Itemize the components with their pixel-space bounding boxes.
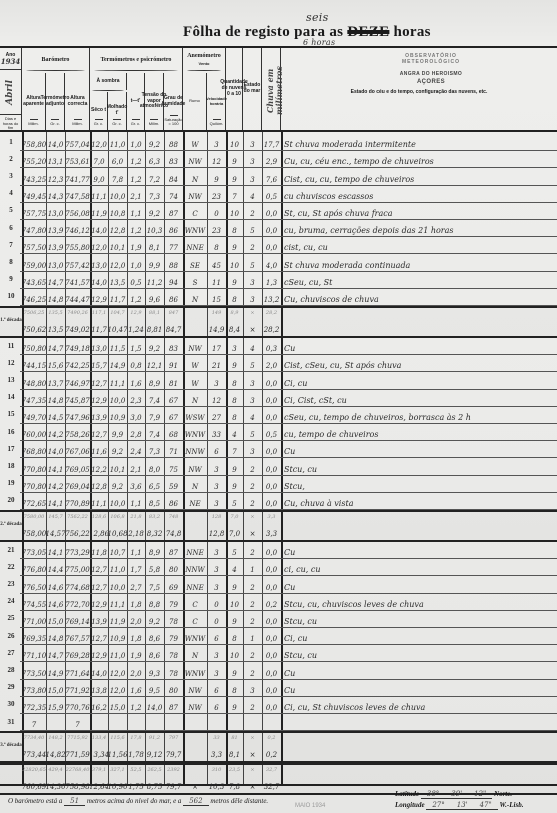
cell-rumo: NW bbox=[183, 458, 207, 475]
cell-dif: 1,7552,5 bbox=[127, 765, 145, 793]
cell-mar: 2 bbox=[243, 611, 262, 628]
cell-chuva: 0,0 bbox=[262, 372, 281, 389]
cell-hum: 79,7797 bbox=[164, 733, 183, 761]
cell-chuva: 2,9 bbox=[262, 151, 281, 168]
cell-obs bbox=[281, 733, 557, 761]
cell-tens: 8,3283,2 bbox=[145, 512, 164, 540]
cell-hum: 91 bbox=[164, 355, 183, 372]
cell-term: 13,5135,5 bbox=[46, 308, 65, 336]
cell-obs: Ci, Cist, cSt, cu bbox=[281, 390, 557, 407]
cell-seco: 7,0 bbox=[90, 151, 108, 168]
cell-molh: 10,1 bbox=[108, 237, 127, 254]
cell-seco: 12,8 bbox=[90, 476, 108, 493]
cell-vel: 17 bbox=[207, 338, 226, 355]
cell-term: 13,0 bbox=[46, 203, 65, 220]
cell-hum: 77 bbox=[164, 237, 183, 254]
cell-mar: 5 bbox=[243, 424, 262, 441]
cell-obs: Ci, cu bbox=[281, 372, 557, 389]
cell-hum: 84,7847 bbox=[164, 308, 183, 336]
cell-alt: 760,6922820,65 bbox=[22, 765, 46, 793]
thermometer-title: Termómetros e psicrómetro bbox=[90, 54, 182, 66]
cell-rumo: C bbox=[183, 594, 207, 611]
decade-sum: 23,5 bbox=[226, 767, 243, 773]
cell-alt: 772,65 bbox=[22, 493, 46, 510]
cell-term: 14,30429,4 bbox=[46, 765, 65, 793]
cell-term: 15,6 bbox=[46, 355, 65, 372]
decade-sum: 33 bbox=[207, 735, 226, 741]
cell-chuva: 3,33,3 bbox=[262, 512, 281, 540]
cell-corr: 747,96 bbox=[65, 407, 90, 424]
decade-sum: 8,9 bbox=[226, 310, 243, 316]
cell-molh: 12,0 bbox=[108, 662, 127, 679]
cell-seco: 12,7 bbox=[90, 424, 108, 441]
table-row: 16760,0014,2758,2612,79,92,87,468WNW3345… bbox=[0, 424, 557, 441]
cell-rumo: WNW bbox=[183, 628, 207, 645]
cell-hum: 79 bbox=[164, 594, 183, 611]
day-number: 11 bbox=[0, 338, 22, 355]
cell-term: 14,7 bbox=[46, 272, 65, 289]
cell-obs bbox=[281, 308, 557, 336]
cell-vel: 3 bbox=[207, 662, 226, 679]
cell-rumo: WNW bbox=[183, 424, 207, 441]
table-row: 22776,8014,4775,0012,711,01,75,880NNW341… bbox=[0, 559, 557, 576]
cell-alt: 774,55 bbox=[22, 594, 46, 611]
cell-mar: 3 bbox=[243, 390, 262, 407]
cell-alt: 770,80 bbox=[22, 458, 46, 475]
cell-tens: 7,2 bbox=[145, 168, 164, 185]
cell-nuv: 8 bbox=[226, 289, 243, 306]
observatory-stamp: OBSERVATÓRIO METEOROLÓGICO ANGRA DO HERO… bbox=[376, 54, 486, 86]
table-row: 10746,2514,8744,4712,911,71,29,686N15831… bbox=[0, 289, 557, 306]
cell-molh: 11,9 bbox=[108, 611, 127, 628]
cell-rumo: NW bbox=[183, 186, 207, 203]
cell-vel: 27 bbox=[207, 407, 226, 424]
cell-chuva: 17,7 bbox=[262, 134, 281, 151]
cell-molh: 11,0 bbox=[108, 559, 127, 576]
cell-seco: 13,9 bbox=[90, 407, 108, 424]
cell-hum: 68 bbox=[164, 424, 183, 441]
cell-chuva: 0,0 bbox=[262, 576, 281, 593]
cell-chuva: 0,5 bbox=[262, 186, 281, 203]
cell-molh: 10,1 bbox=[108, 458, 127, 475]
cell-dif: 1,9 bbox=[127, 237, 145, 254]
cell-molh: 12,8 bbox=[108, 220, 127, 237]
cell-molh: 12,0 bbox=[108, 254, 127, 271]
cell-hum: 79 bbox=[164, 628, 183, 645]
cell-nuv: 8,48,9 bbox=[226, 308, 243, 336]
decade-sum: 145,7 bbox=[46, 514, 65, 520]
decade-sum: 22768,40 bbox=[65, 767, 90, 773]
cell-vel: 8 bbox=[207, 237, 226, 254]
decade-sum: 91,2 bbox=[145, 735, 164, 741]
cell-rumo: C bbox=[183, 611, 207, 628]
cell-chuva: 0,0 bbox=[262, 390, 281, 407]
cell-tens: 7,9 bbox=[145, 407, 164, 424]
cell-nuv: 9 bbox=[226, 355, 243, 372]
cell-vel: 12,8128 bbox=[207, 512, 226, 540]
cell-chuva: 0,0 bbox=[262, 458, 281, 475]
cell-chuva: 2,0 bbox=[262, 355, 281, 372]
cell-term: 13,0 bbox=[46, 254, 65, 271]
cell-vel: 14,9149 bbox=[207, 308, 226, 336]
cell-molh: 11,7 bbox=[108, 289, 127, 306]
day-number: 31 bbox=[0, 714, 22, 731]
decade-sum: 797 bbox=[164, 735, 183, 741]
cell-mar: 5 bbox=[243, 355, 262, 372]
cell-hum: 75 bbox=[164, 458, 183, 475]
cell-rumo: × bbox=[183, 765, 207, 793]
decade-sum: 17,8 bbox=[127, 735, 145, 741]
cell-dif: 2,8 bbox=[127, 424, 145, 441]
decade-sum: 7734,40 bbox=[22, 735, 46, 741]
decade-sum: 7490,26 bbox=[65, 310, 90, 316]
cell-vel: 33 bbox=[207, 424, 226, 441]
day-number: 3 bbox=[0, 168, 22, 185]
cell-mar: ×× bbox=[243, 733, 262, 761]
cell-chuva: 0,0 bbox=[262, 542, 281, 559]
year-value: 1934 bbox=[1, 58, 20, 66]
cell-obs: Cu bbox=[281, 441, 557, 458]
table-row: 25771,0015,0769,1413,911,92,09,278C0920,… bbox=[0, 611, 557, 628]
cell-nuv: 3 bbox=[226, 338, 243, 355]
cell-nuv: 9 bbox=[226, 151, 243, 168]
cell-corr: 758,26 bbox=[65, 424, 90, 441]
cell-vel: 3 bbox=[207, 542, 226, 559]
cell-obs: St, cu, St após chuva fraca bbox=[281, 203, 557, 220]
cell-corr: 747,58 bbox=[65, 186, 90, 203]
cell-nuv: 9 bbox=[226, 237, 243, 254]
cell-obs: cu chuviscos escassos bbox=[281, 186, 557, 203]
cell-corr: 773,29 bbox=[65, 542, 90, 559]
cell-molh: 11,0 bbox=[108, 645, 127, 662]
day-number: 30 bbox=[0, 697, 22, 714]
cell-seco: 12,0 bbox=[90, 237, 108, 254]
cell-seco: 14,0 bbox=[90, 220, 108, 237]
cell-vel: 3 bbox=[207, 134, 226, 151]
cell-vel: 3 bbox=[207, 372, 226, 389]
cell-dif: 3,0 bbox=[127, 407, 145, 424]
cell-alt: 773,447734,40 bbox=[22, 733, 46, 761]
day-number: 29 bbox=[0, 680, 22, 697]
cell-mar: 2 bbox=[243, 458, 262, 475]
cell-nuv: 10 bbox=[226, 134, 243, 151]
cell-mar: 4 bbox=[243, 186, 262, 203]
cell-molh: 6,0 bbox=[108, 151, 127, 168]
cell-term: 15,0 bbox=[46, 611, 65, 628]
cell-hum: 81 bbox=[164, 372, 183, 389]
cell-term: 14,6 bbox=[46, 576, 65, 593]
cell-term: 14,0 bbox=[46, 441, 65, 458]
cell-obs: Cu, chuva à vista bbox=[281, 493, 557, 510]
cell-dif: 0,5 bbox=[127, 272, 145, 289]
cell-term: 13,9 bbox=[46, 237, 65, 254]
cell-vel: 11 bbox=[207, 272, 226, 289]
cell-molh: 11,5 bbox=[108, 338, 127, 355]
decade-sum: 2392 bbox=[164, 767, 183, 773]
cell-mar: ×× bbox=[243, 308, 262, 336]
cell-alt: 744,15 bbox=[22, 355, 46, 372]
decade-sum: 7580,00 bbox=[22, 514, 46, 520]
cell-molh: 10,68106,8 bbox=[108, 512, 127, 540]
cell-hum: 78 bbox=[164, 662, 183, 679]
cell-molh: 9,9 bbox=[108, 424, 127, 441]
cell-chuva: 0,0 bbox=[262, 237, 281, 254]
cell-vel: 3 bbox=[207, 493, 226, 510]
cell-term: 13,7 bbox=[46, 372, 65, 389]
cell-tens: 9,2 bbox=[145, 338, 164, 355]
cell-corr: 741,57 bbox=[65, 272, 90, 289]
decade-summary-row: 2.ª década758,007580,0014,57145,7756,227… bbox=[0, 510, 557, 542]
cell-chuva: 0,0 bbox=[262, 441, 281, 458]
cell-mar: 3 bbox=[243, 151, 262, 168]
cell-nuv: 5 bbox=[226, 542, 243, 559]
cell-vel: 21 bbox=[207, 355, 226, 372]
cell-hum: 94 bbox=[164, 272, 183, 289]
cell-vel: 0 bbox=[207, 611, 226, 628]
title-suffix: horas bbox=[393, 24, 430, 40]
cell-dif: 2,3 bbox=[127, 390, 145, 407]
header-chuva: Chuva em milímetros bbox=[262, 48, 281, 130]
cell-alt: 7 bbox=[22, 714, 46, 731]
cell-dif: 1,0 bbox=[127, 254, 145, 271]
cell-dif: 1,5 bbox=[127, 338, 145, 355]
cell-chuva: 0,0 bbox=[262, 220, 281, 237]
cell-term: 15,9 bbox=[46, 697, 65, 714]
cell-dif: 2,0 bbox=[127, 611, 145, 628]
cell-mar: 2 bbox=[243, 493, 262, 510]
cell-corr: 769,04 bbox=[65, 476, 90, 493]
baro-distance-value: 562 bbox=[183, 797, 208, 806]
cell-molh: 10,0 bbox=[108, 493, 127, 510]
cell-alt: 743,65 bbox=[22, 272, 46, 289]
cell-term: 15,0 bbox=[46, 680, 65, 697]
decade-sum: 148,2 bbox=[46, 735, 65, 741]
cell-rumo: NNE bbox=[183, 576, 207, 593]
cell-molh: 10,0 bbox=[108, 186, 127, 203]
cell-rumo: SE bbox=[183, 254, 207, 271]
cell-alt: 771,00 bbox=[22, 611, 46, 628]
decade-label bbox=[0, 765, 22, 793]
cell-tens: 5,8 bbox=[145, 559, 164, 576]
cell-nuv: 8,181 bbox=[226, 733, 243, 761]
cell-molh: 10,0 bbox=[108, 576, 127, 593]
cell-nuv: 9 bbox=[226, 576, 243, 593]
cell-dif: 1,1 bbox=[127, 542, 145, 559]
cell-corr: 757,42 bbox=[65, 254, 90, 271]
decade-sum: 7,0 bbox=[226, 514, 243, 520]
cell-tens: 9,5 bbox=[145, 680, 164, 697]
decade-label: 2.ª década bbox=[0, 512, 22, 540]
latitude: Latitude 38°39'12" Norte. bbox=[395, 790, 512, 799]
cell-hum: 69 bbox=[164, 576, 183, 593]
cell-seco: 12,7 bbox=[90, 559, 108, 576]
decade-sum: × bbox=[243, 514, 262, 520]
cell-rumo: N bbox=[183, 390, 207, 407]
cell-mar: 2 bbox=[243, 645, 262, 662]
table-row: 4749,4514,3747,5811,110,02,17,374NW23740… bbox=[0, 186, 557, 203]
cell-corr: 742,25 bbox=[65, 355, 90, 372]
cell-rumo: NW bbox=[183, 151, 207, 168]
register-sheet: Fôlha de registo para as DEZE horas seis… bbox=[0, 0, 557, 813]
cell-rumo: NNE bbox=[183, 237, 207, 254]
cell-tens: 8,1 bbox=[145, 237, 164, 254]
cell-tens: 8,9 bbox=[145, 542, 164, 559]
day-number: 19 bbox=[0, 476, 22, 493]
cell-term: 13,1 bbox=[46, 151, 65, 168]
cell-hum: 67 bbox=[164, 407, 183, 424]
cell-hum: 67 bbox=[164, 390, 183, 407]
cell-term: 14,4 bbox=[46, 559, 65, 576]
cell-term: 14,6 bbox=[46, 594, 65, 611]
cell-nuv: 10 bbox=[226, 203, 243, 220]
cell-rumo: WNW bbox=[183, 662, 207, 679]
cell-vel: 9 bbox=[207, 168, 226, 185]
cell-nuv: 10 bbox=[226, 594, 243, 611]
cell-rumo: NW bbox=[183, 697, 207, 714]
cell-vel: 3 bbox=[207, 476, 226, 493]
table-row: 17768,8014,0767,0611,69,22,47,371NNW6730… bbox=[0, 441, 557, 458]
cell-seco: 12,9 bbox=[90, 289, 108, 306]
cell-term: 14,3 bbox=[46, 186, 65, 203]
cell-dif: 2,1 bbox=[127, 186, 145, 203]
cell-dif: 1,6 bbox=[127, 680, 145, 697]
table-row: 7757,5013,9755,8012,010,11,98,177NNE8920… bbox=[0, 237, 557, 254]
cell-rumo: S bbox=[183, 272, 207, 289]
cell-tens: 8,9 bbox=[145, 372, 164, 389]
cell-obs bbox=[281, 765, 557, 793]
cell-chuva: 0,20,2 bbox=[262, 733, 281, 761]
cell-corr: 749,18 bbox=[65, 338, 90, 355]
cell-alt: 748,80 bbox=[22, 372, 46, 389]
cell-chuva: 7,6 bbox=[262, 168, 281, 185]
cell-dif: 1,8 bbox=[127, 594, 145, 611]
decade-sum: 21,8 bbox=[127, 514, 145, 520]
cell-dif: 0,8 bbox=[127, 355, 145, 372]
cell-vel: 6 bbox=[207, 628, 226, 645]
table-row: 20772,6514,1770,8911,110,01,18,586NE3520… bbox=[0, 493, 557, 510]
cell-term: 14,1 bbox=[46, 458, 65, 475]
cell-dif: 1,2 bbox=[127, 220, 145, 237]
day-number: 15 bbox=[0, 407, 22, 424]
cell-chuva: 0,5 bbox=[262, 424, 281, 441]
cell-rumo: WSW bbox=[183, 407, 207, 424]
cell-alt: 770,80 bbox=[22, 476, 46, 493]
cell-mar: 3 bbox=[243, 680, 262, 697]
cell-molh: 11,1 bbox=[108, 372, 127, 389]
cell-alt: 750,627506,25 bbox=[22, 308, 46, 336]
cell-term: 14,82148,2 bbox=[46, 733, 65, 761]
footer: O barómetro está a 51 metros acima do ní… bbox=[0, 790, 557, 813]
decade-sum: 83,2 bbox=[145, 514, 164, 520]
cell-alt: 771,10 bbox=[22, 645, 46, 662]
cell-chuva: 0,0 bbox=[262, 611, 281, 628]
cell-term: 13,9 bbox=[46, 220, 65, 237]
cell-nuv: 7 bbox=[226, 441, 243, 458]
title-handwritten-insert: seis bbox=[306, 11, 329, 24]
day-number: 18 bbox=[0, 458, 22, 475]
cell-molh: 14,9 bbox=[108, 355, 127, 372]
title-struck-word: DEZE bbox=[347, 24, 389, 40]
cell-dif: 1,8 bbox=[127, 628, 145, 645]
cell-dif: 2,7 bbox=[127, 576, 145, 593]
cell-molh: 7,8 bbox=[108, 168, 127, 185]
cell-vel: 6 bbox=[207, 441, 226, 458]
decade-sum: 106,8 bbox=[108, 514, 127, 520]
days-label: Dias e horas do fim bbox=[0, 116, 21, 132]
cell-chuva: 13,2 bbox=[262, 289, 281, 306]
cell-nuv: 4 bbox=[226, 559, 243, 576]
table-row: 1758,8014,0757,0412,011,01,09,288W310317… bbox=[0, 134, 557, 151]
day-number: 9 bbox=[0, 272, 22, 289]
cell-obs bbox=[281, 714, 557, 731]
cell-nuv: 5 bbox=[226, 493, 243, 510]
cell-obs: Stcu, cu bbox=[281, 458, 557, 475]
table-header: Ano 1934 Abril Dias e horas do fim Baróm… bbox=[0, 46, 557, 132]
decade-sum: 135,5 bbox=[46, 310, 65, 316]
cell-corr: 769,05 bbox=[65, 458, 90, 475]
cell-chuva: 0,2 bbox=[262, 594, 281, 611]
cell-nuv: 9 bbox=[226, 476, 243, 493]
cell-dif: 2,1821,8 bbox=[127, 512, 145, 540]
cell-obs: cSeu, cu, St bbox=[281, 272, 557, 289]
cell-hum: 87 bbox=[164, 203, 183, 220]
cell-mar: 5 bbox=[243, 220, 262, 237]
cell-alt: 776,50 bbox=[22, 576, 46, 593]
cell-dif: 1,2 bbox=[127, 697, 145, 714]
cell-mar: 4 bbox=[243, 407, 262, 424]
cell-term: 14,8 bbox=[46, 628, 65, 645]
cell-term: 14,2 bbox=[46, 424, 65, 441]
cell-obs bbox=[281, 512, 557, 540]
cell-alt: 747,80 bbox=[22, 220, 46, 237]
header-mar: Estado do mar bbox=[243, 48, 262, 130]
decade-sum: 81 bbox=[226, 735, 243, 741]
cell-tens: 8,5 bbox=[145, 493, 164, 510]
decade-sum: 52,5 bbox=[127, 767, 145, 773]
cell-term: 14,8 bbox=[46, 289, 65, 306]
cell-molh: 13,5 bbox=[108, 272, 127, 289]
cell-hum bbox=[164, 714, 183, 731]
cell-mar: 2 bbox=[243, 476, 262, 493]
cell-corr: 771,92 bbox=[65, 680, 90, 697]
cell-corr: 769,14 bbox=[65, 611, 90, 628]
cell-tens: 8,6 bbox=[145, 628, 164, 645]
day-number: 17 bbox=[0, 441, 22, 458]
cell-chuva: 4,0 bbox=[262, 254, 281, 271]
cell-rumo: NW bbox=[183, 680, 207, 697]
cell-rumo: WNW bbox=[183, 220, 207, 237]
header-term-adjunto: Termómetro adjunto Gr. c. bbox=[46, 73, 65, 130]
decade-sum: 32,7 bbox=[262, 767, 281, 773]
cell-rumo: N bbox=[183, 476, 207, 493]
table-row: 2755,2013,1753,617,06,01,26,383NW12932,9… bbox=[0, 151, 557, 168]
decade-sum: 115,6 bbox=[108, 735, 127, 741]
cell-vel: 23 bbox=[207, 220, 226, 237]
cell-vel: 3 bbox=[207, 576, 226, 593]
cell-vel: 3 bbox=[207, 458, 226, 475]
cell-hum: 59 bbox=[164, 476, 183, 493]
cell-molh: 11,0 bbox=[108, 134, 127, 151]
cell-rumo: N bbox=[183, 645, 207, 662]
received-date-stamp: MAIO 1934 bbox=[295, 803, 325, 809]
cell-term: 14,9 bbox=[46, 662, 65, 679]
cell-corr: 744,47 bbox=[65, 289, 90, 306]
table-row: 3177 bbox=[0, 714, 557, 731]
cell-chuva: 32,732,7 bbox=[262, 765, 281, 793]
cell-alt: 760,00 bbox=[22, 424, 46, 441]
cell-hum: 74,8748 bbox=[164, 512, 183, 540]
cell-dif: 2,4 bbox=[127, 441, 145, 458]
